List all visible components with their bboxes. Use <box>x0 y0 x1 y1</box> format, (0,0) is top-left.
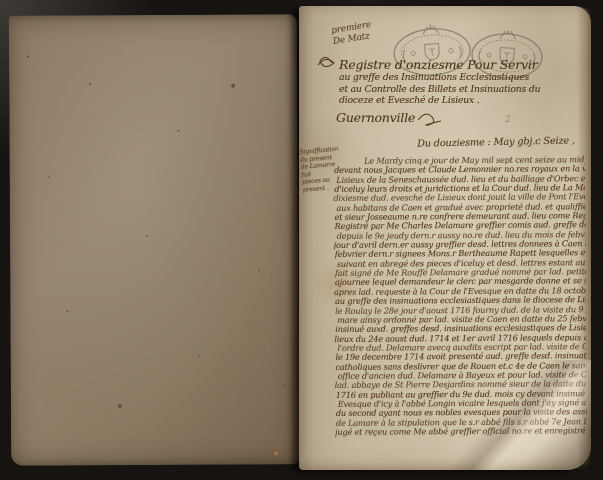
body-line: fait signé de Me Rouffé Delamare gradué … <box>335 267 586 278</box>
clerk-signature: Guernonville <box>336 110 443 126</box>
body-line: Le Mardy cinq.e jour de May mil sept cen… <box>334 155 585 166</box>
body-line: apres lad. requeste à la Cour de l'Evesq… <box>334 286 586 297</box>
title-line: Registre d'onziesme Pour Servir <box>339 57 571 72</box>
body-line: jugé et reçeu come Me abbé greffier offi… <box>335 426 587 437</box>
archive-photo-backdrop: premiere De Matz <box>0 0 603 480</box>
body-line: aux habitans de Caen et gradué avec prop… <box>336 202 585 213</box>
signature-paraph-icon <box>417 112 443 126</box>
left-blank-cover-page <box>9 14 299 466</box>
register-title: Registre d'onziesme Pour Servir au greff… <box>339 57 571 107</box>
title-line: et au Controlle des Billets et Insinuati… <box>339 84 571 96</box>
body-line: lad. abbaye de St Pierre Desjardins nomm… <box>335 379 587 390</box>
entry-date-heading: Du douziesme : May gbj.c Seize , <box>417 135 575 149</box>
right-manuscript-page: premiere De Matz <box>299 6 591 470</box>
cover-specks <box>27 56 29 58</box>
title-line: au greffe des Insinuations Ecclesiastiqu… <box>339 72 571 84</box>
ink-flourish-icon <box>315 55 337 75</box>
folio-number: 2 <box>505 115 511 125</box>
title-lines: au greffe des Insinuations Ecclesiastiqu… <box>339 72 571 107</box>
title-line: dioceze et Evesché de Lisieux . <box>339 95 571 107</box>
body-line: mare ainsy ordonné par lad. visite de Ca… <box>337 314 586 325</box>
body-line: l'ordre dud. Delamare avecq auxdits escr… <box>337 342 586 353</box>
body-line: Evesque d'icy à l'abbé Longin vicaire le… <box>338 398 587 409</box>
body-line: Lisieux de la Seneschaussée dud. lieu et… <box>336 174 585 185</box>
manuscript-body-text: Le Mardy cinq.e jour de May mil sept cen… <box>334 155 587 437</box>
body-line: depuis le 9e jeudy dern.r aussy no.re du… <box>337 230 586 241</box>
corner-annotation: premiere De Matz <box>331 20 374 48</box>
signature-text: Guernonville <box>336 110 415 125</box>
